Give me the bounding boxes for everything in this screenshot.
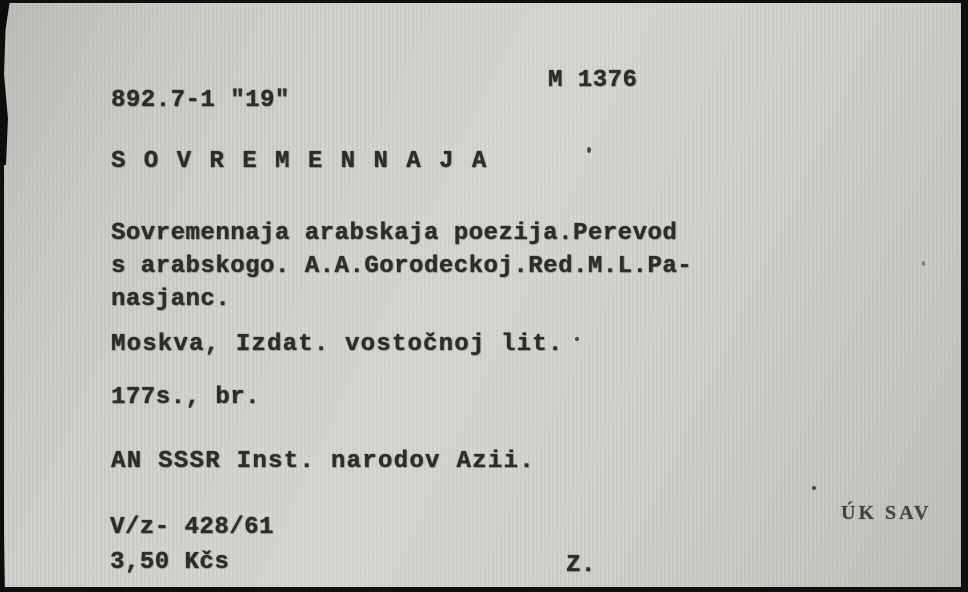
title-statement-paragraph: Sovremennaja arabskaja poezija.Perevod s… [111, 217, 692, 316]
scan-speck [575, 337, 579, 341]
scanned-catalog-card-image: 892.7-1 "19" M 1376 S O V R E M E N N A … [0, 0, 968, 592]
scan-speck [587, 147, 591, 153]
title-statement-line: nasjanc. [111, 283, 692, 316]
shelf-mark: M 1376 [548, 67, 637, 95]
call-number: 892.7-1 "19" [111, 87, 290, 115]
title-statement-line: Sovremennaja arabskaja poezija.Perevod [111, 217, 692, 250]
price: 3,50 Kčs [110, 549, 229, 577]
collation-line: 177s., br. [111, 384, 260, 412]
scan-speck [922, 261, 925, 266]
imprint-line: Moskva, Izdat. vostočnoj lit. [111, 331, 563, 359]
accession-number: V/z- 428/61 [110, 514, 274, 542]
library-stamp: ÚK SAV [841, 502, 931, 525]
title-statement-line: s arabskogo. A.A.Gorodeckoj.Red.M.L.Pa- [111, 250, 692, 283]
catalog-card: 892.7-1 "19" M 1376 S O V R E M E N N A … [4, 3, 961, 587]
cataloguer-initial: Z. [566, 552, 596, 580]
corporate-author-line: AN SSSR Inst. narodov Azii. [111, 448, 535, 476]
main-heading: S O V R E M E N N A J A [111, 148, 488, 176]
scan-speck [812, 486, 816, 490]
